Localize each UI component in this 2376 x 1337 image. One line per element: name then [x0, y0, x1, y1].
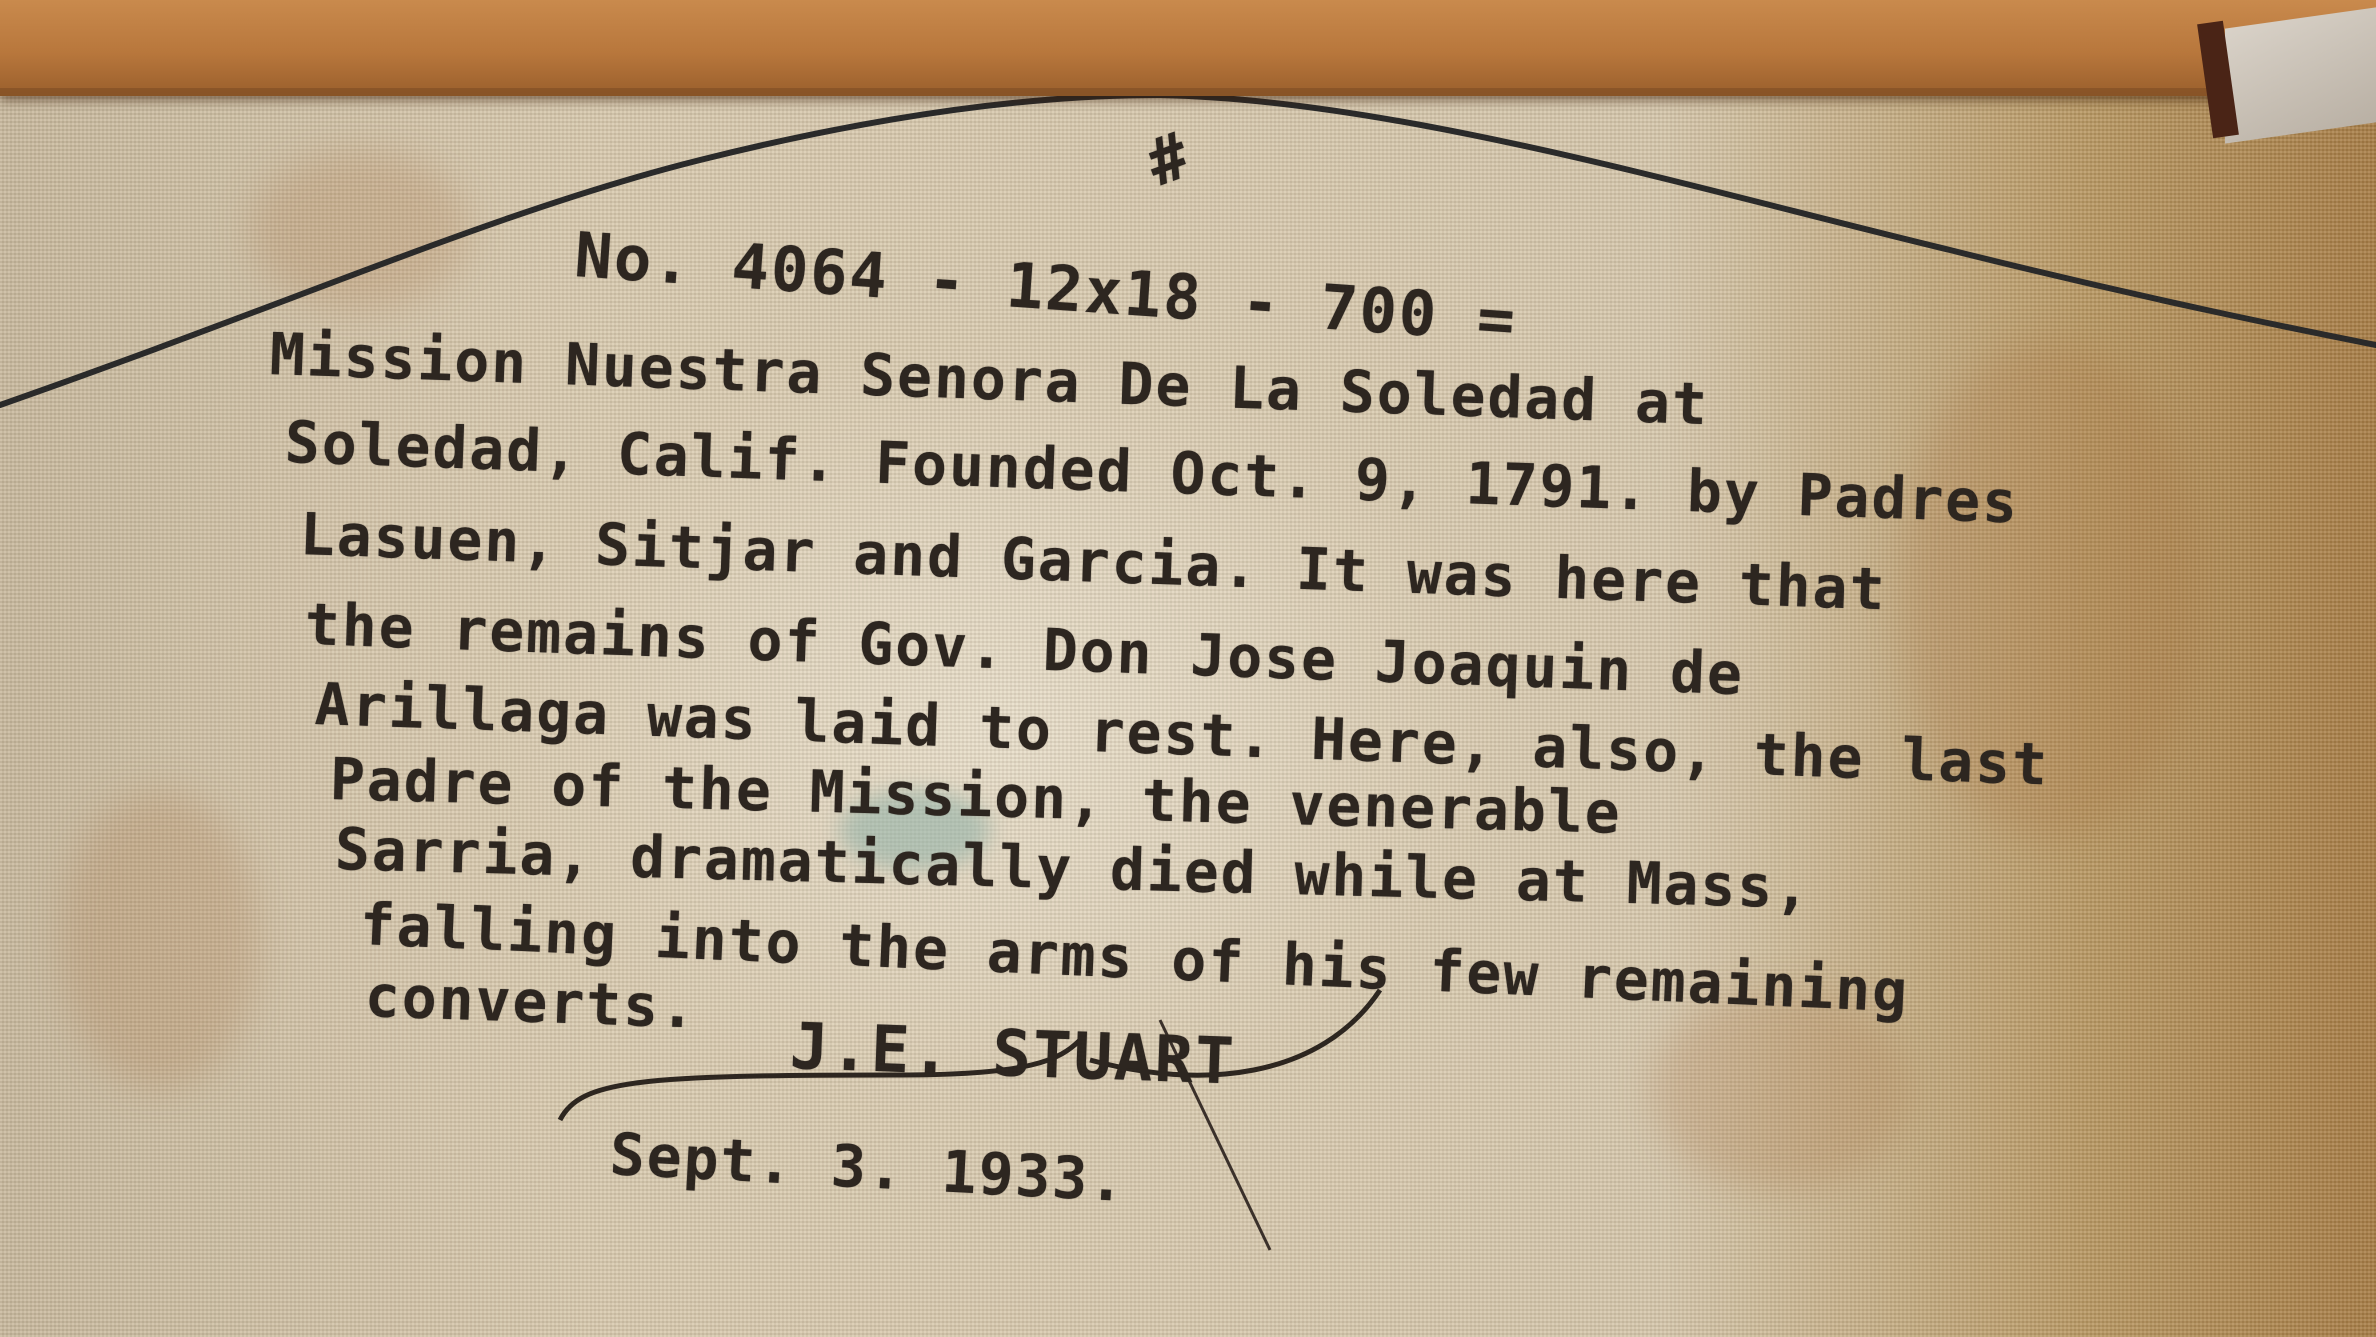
- corner-backing-card: [2225, 7, 2376, 143]
- artist-signature: J.E. STUART: [789, 1010, 1237, 1100]
- wooden-frame-edge: [0, 0, 2376, 96]
- inscription-line: converts.: [364, 962, 698, 1042]
